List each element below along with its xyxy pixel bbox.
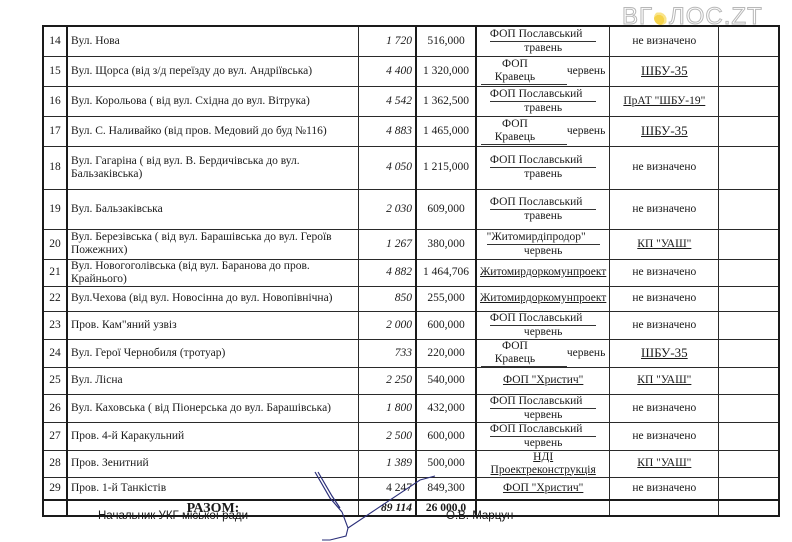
street-name: Пров. 4-й Каракульний [67,422,359,450]
contractor-name: ФОП Пославський [480,196,606,210]
contractor-name: ФОП "Христич" [503,482,583,494]
contractor-cell: Житомирдоркомунпроект [476,259,610,286]
cost-value: 380,000 [416,229,476,259]
row-number: 17 [43,116,67,146]
length-value: 4 882 [359,259,417,286]
executor-name: не визначено [632,35,696,47]
contractor-cell: ФОП "Христич" [476,477,610,500]
cost-value: 220,000 [416,339,476,367]
cost-value: 516,000 [416,26,476,56]
empty-cell [719,311,780,339]
contractor-name-text: ФОП Пославський [490,423,597,437]
table-row: 17Вул. С. Наливайко (від пров. Медовий д… [43,116,779,146]
row-number: 29 [43,477,67,500]
contractor-month: червень [567,347,606,360]
length-value: 850 [359,286,417,311]
contractor-month: червень [567,65,606,78]
executor-name: ШБУ-35 [641,123,688,138]
contractor-name-text: ФОП Пославський [490,28,597,42]
length-value: 733 [359,339,417,367]
contractor-inline: ФОП Кравецьчервень [480,340,606,367]
contractor-name: ФОП Пославський [480,154,606,168]
empty-cell [719,146,780,189]
executor-cell: ШБУ-35 [610,339,719,367]
contractor-name: Житомирдоркомунпроект [480,266,606,278]
length-value: 2 250 [359,367,417,394]
contractor-cell: ФОП Кравецьчервень [476,56,610,86]
executor-name: КП "УАШ" [637,457,691,469]
contractor-cell: ФОП Пославськийчервень [476,422,610,450]
signatory-position: Начальник УКГ міської ради [98,510,248,522]
contractor-name-text: ФОП Пославський [490,312,597,326]
executor-cell: КП "УАШ" [610,367,719,394]
executor-name: не визначено [632,266,696,278]
executor-name: не визначено [632,402,696,414]
contractor-cell: ФОП Пославськийтравень [476,86,610,116]
empty-cell [719,339,780,367]
contractor-month: червень [480,409,606,422]
row-number: 18 [43,146,67,189]
table-row: 15Вул. Щорса (від з/д переїзду до вул. А… [43,56,779,86]
table-row: 21Вул. Новогоголівська (від вул. Баранов… [43,259,779,286]
executor-name: ПрАТ "ШБУ-19" [623,95,705,107]
row-number: 22 [43,286,67,311]
contractor-cell: ФОП Пославськийтравень [476,26,610,56]
empty-cell [719,26,780,56]
executor-name: КП "УАШ" [637,238,691,250]
cost-value: 1 215,000 [416,146,476,189]
table-row: 26Вул. Каховська ( від Піонерська до вул… [43,394,779,422]
table-row: 20Вул. Березівська ( від вул. Барашівськ… [43,229,779,259]
street-name: Вул. Корольова ( від вул. Східна до вул.… [67,86,359,116]
empty-cell [719,259,780,286]
executor-cell: не визначено [610,422,719,450]
row-number: 19 [43,189,67,229]
executor-cell: КП "УАШ" [610,450,719,477]
length-value: 1 267 [359,229,417,259]
street-name: Вул. Герої Чернобиля (тротуар) [67,339,359,367]
cost-value: 609,000 [416,189,476,229]
row-number: 28 [43,450,67,477]
length-value: 4 050 [359,146,417,189]
executor-cell: ПрАТ "ШБУ-19" [610,86,719,116]
contractor-month: червень [480,245,606,258]
executor-cell: не визначено [610,286,719,311]
table-row: 22Вул.Чехова (від вул. Новосінна до вул.… [43,286,779,311]
executor-name: не визначено [632,482,696,494]
cost-value: 432,000 [416,394,476,422]
executor-cell: не визначено [610,311,719,339]
table-row: 24Вул. Герої Чернобиля (тротуар)733220,0… [43,339,779,367]
signal-icon [654,11,668,25]
signature-icon [300,470,440,542]
contractor-cell: ФОП Пославськийтравень [476,189,610,229]
executor-cell: не визначено [610,189,719,229]
executor-cell: не визначено [610,26,719,56]
contractor-inline: ФОП Кравецьчервень [480,118,606,145]
length-value: 1 800 [359,394,417,422]
length-value: 1 720 [359,26,417,56]
executor-name: КП "УАШ" [637,374,691,386]
contractor-month: червень [480,437,606,450]
length-value: 2 500 [359,422,417,450]
contractor-month: травень [480,42,606,55]
cost-value: 1 362,500 [416,86,476,116]
cost-value: 1 464,706 [416,259,476,286]
street-name: Вул. Бальзаківська [67,189,359,229]
contractor-cell: ФОП Кравецьчервень [476,116,610,146]
empty-cell [719,450,780,477]
executor-cell: ШБУ-35 [610,116,719,146]
empty-cell [719,500,780,516]
street-name: Вул. Щорса (від з/д переїзду до вул. Анд… [67,56,359,86]
length-value: 4 400 [359,56,417,86]
empty-cell [719,229,780,259]
contractor-name: "Житомирдіпродор" [480,231,606,245]
empty-cell [719,56,780,86]
table-row: 18Вул. Гагаріна ( від вул. В. Бердичівсь… [43,146,779,189]
contractor-name: ФОП "Христич" [503,374,583,386]
contractor-cell: ФОП Пославськийтравень [476,146,610,189]
empty-cell [719,86,780,116]
contractor-name-text: ФОП Пославський [490,88,597,102]
street-name: Вул. Березівська ( від вул. Барашівська … [67,229,359,259]
empty-cell [719,367,780,394]
cost-value: 600,000 [416,422,476,450]
contractor-cell: "Житомирдіпродор"червень [476,229,610,259]
row-number: 14 [43,26,67,56]
street-name: Вул. Нова [67,26,359,56]
cost-value: 1 320,000 [416,56,476,86]
contractor-month: травень [480,168,606,181]
contractor-name: ФОП Пославський [480,395,606,409]
contractor-name: ФОП Кравець [481,118,567,145]
row-number: 24 [43,339,67,367]
executor-cell: КП "УАШ" [610,229,719,259]
cost-value: 255,000 [416,286,476,311]
table-body: 14Вул. Нова1 720516,000ФОП Пославськийтр… [43,26,779,516]
table-row: 27Пров. 4-й Каракульний2 500600,000ФОП П… [43,422,779,450]
table-row: 23Пров. Кам"яний узвіз2 000600,000ФОП По… [43,311,779,339]
cost-value: 540,000 [416,367,476,394]
length-value: 2 000 [359,311,417,339]
contractor-name-text: ФОП Пославський [490,196,597,210]
row-number: 27 [43,422,67,450]
length-value: 4 883 [359,116,417,146]
length-value: 4 542 [359,86,417,116]
street-name: Вул.Чехова (від вул. Новосінна до вул. Н… [67,286,359,311]
empty-cell [719,477,780,500]
table-row: 14Вул. Нова1 720516,000ФОП Пославськийтр… [43,26,779,56]
street-name: Вул. Каховська ( від Піонерська до вул. … [67,394,359,422]
executor-cell: ШБУ-35 [610,56,719,86]
row-number: 16 [43,86,67,116]
contractor-name: НДІ Проектреконструкція [491,451,596,476]
row-number: 15 [43,56,67,86]
street-name: Вул. Новогоголівська (від вул. Баранова … [67,259,359,286]
executor-name: не визначено [632,203,696,215]
contractor-inline: ФОП Кравецьчервень [480,58,606,85]
cost-value: 1 465,000 [416,116,476,146]
empty-cell [719,116,780,146]
contractor-month: червень [480,326,606,339]
contractor-name-text: "Житомирдіпродор" [487,231,600,245]
executor-cell: не визначено [610,394,719,422]
contractor-month: травень [480,102,606,115]
signatory-name: О.В. Марцун [446,510,513,522]
executor-name: не визначено [632,292,696,304]
row-number: 25 [43,367,67,394]
executor-cell: не визначено [610,477,719,500]
contractor-name: ФОП Кравець [481,340,567,367]
contractor-month: червень [567,125,606,138]
empty-cell [719,394,780,422]
contractor-cell: ФОП Кравецьчервень [476,339,610,367]
table-row: 16Вул. Корольова ( від вул. Східна до ву… [43,86,779,116]
street-name: Вул. Гагаріна ( від вул. В. Бердичівська… [67,146,359,189]
length-value: 2 030 [359,189,417,229]
street-name: Вул. С. Наливайко (від пров. Медовий до … [67,116,359,146]
executor-cell: не визначено [610,146,719,189]
contractor-cell: ФОП Пославськийчервень [476,311,610,339]
executor-name: не визначено [632,161,696,173]
contractor-cell: ФОП "Христич" [476,367,610,394]
contractor-cell: ФОП Пославськийчервень [476,394,610,422]
table-row: 25Вул. Лісна2 250540,000ФОП "Христич"КП … [43,367,779,394]
row-number: 20 [43,229,67,259]
empty-cell [719,422,780,450]
table-row: 19Вул. Бальзаківська2 030609,000ФОП Посл… [43,189,779,229]
row-number: 23 [43,311,67,339]
contractor-name: ФОП Пославський [480,28,606,42]
empty-cell [719,189,780,229]
executor-cell: не визначено [610,259,719,286]
contractor-name: ФОП Кравець [481,58,567,85]
executor-name: ШБУ-35 [641,345,688,360]
total-number-cell [43,500,67,516]
executor-name: не визначено [632,430,696,442]
contractor-name: ФОП Пославський [480,88,606,102]
contractor-cell: Житомирдоркомунпроект [476,286,610,311]
empty-cell [610,500,719,516]
executor-name: не визначено [632,319,696,331]
cost-value: 600,000 [416,311,476,339]
street-name: Пров. Кам"яний узвіз [67,311,359,339]
row-number: 26 [43,394,67,422]
empty-cell [719,286,780,311]
contractor-name-text: ФОП Пославський [490,395,597,409]
contractor-name: ФОП Пославський [480,423,606,437]
road-works-table: 14Вул. Нова1 720516,000ФОП Пославськийтр… [42,25,780,517]
contractor-name: Житомирдоркомунпроект [480,292,606,304]
contractor-name: ФОП Пославський [480,312,606,326]
contractor-month: травень [480,210,606,223]
street-name: Вул. Лісна [67,367,359,394]
contractor-cell: НДІ Проектреконструкція [476,450,610,477]
contractor-name-text: ФОП Пославський [490,154,597,168]
row-number: 21 [43,259,67,286]
executor-name: ШБУ-35 [641,63,688,78]
